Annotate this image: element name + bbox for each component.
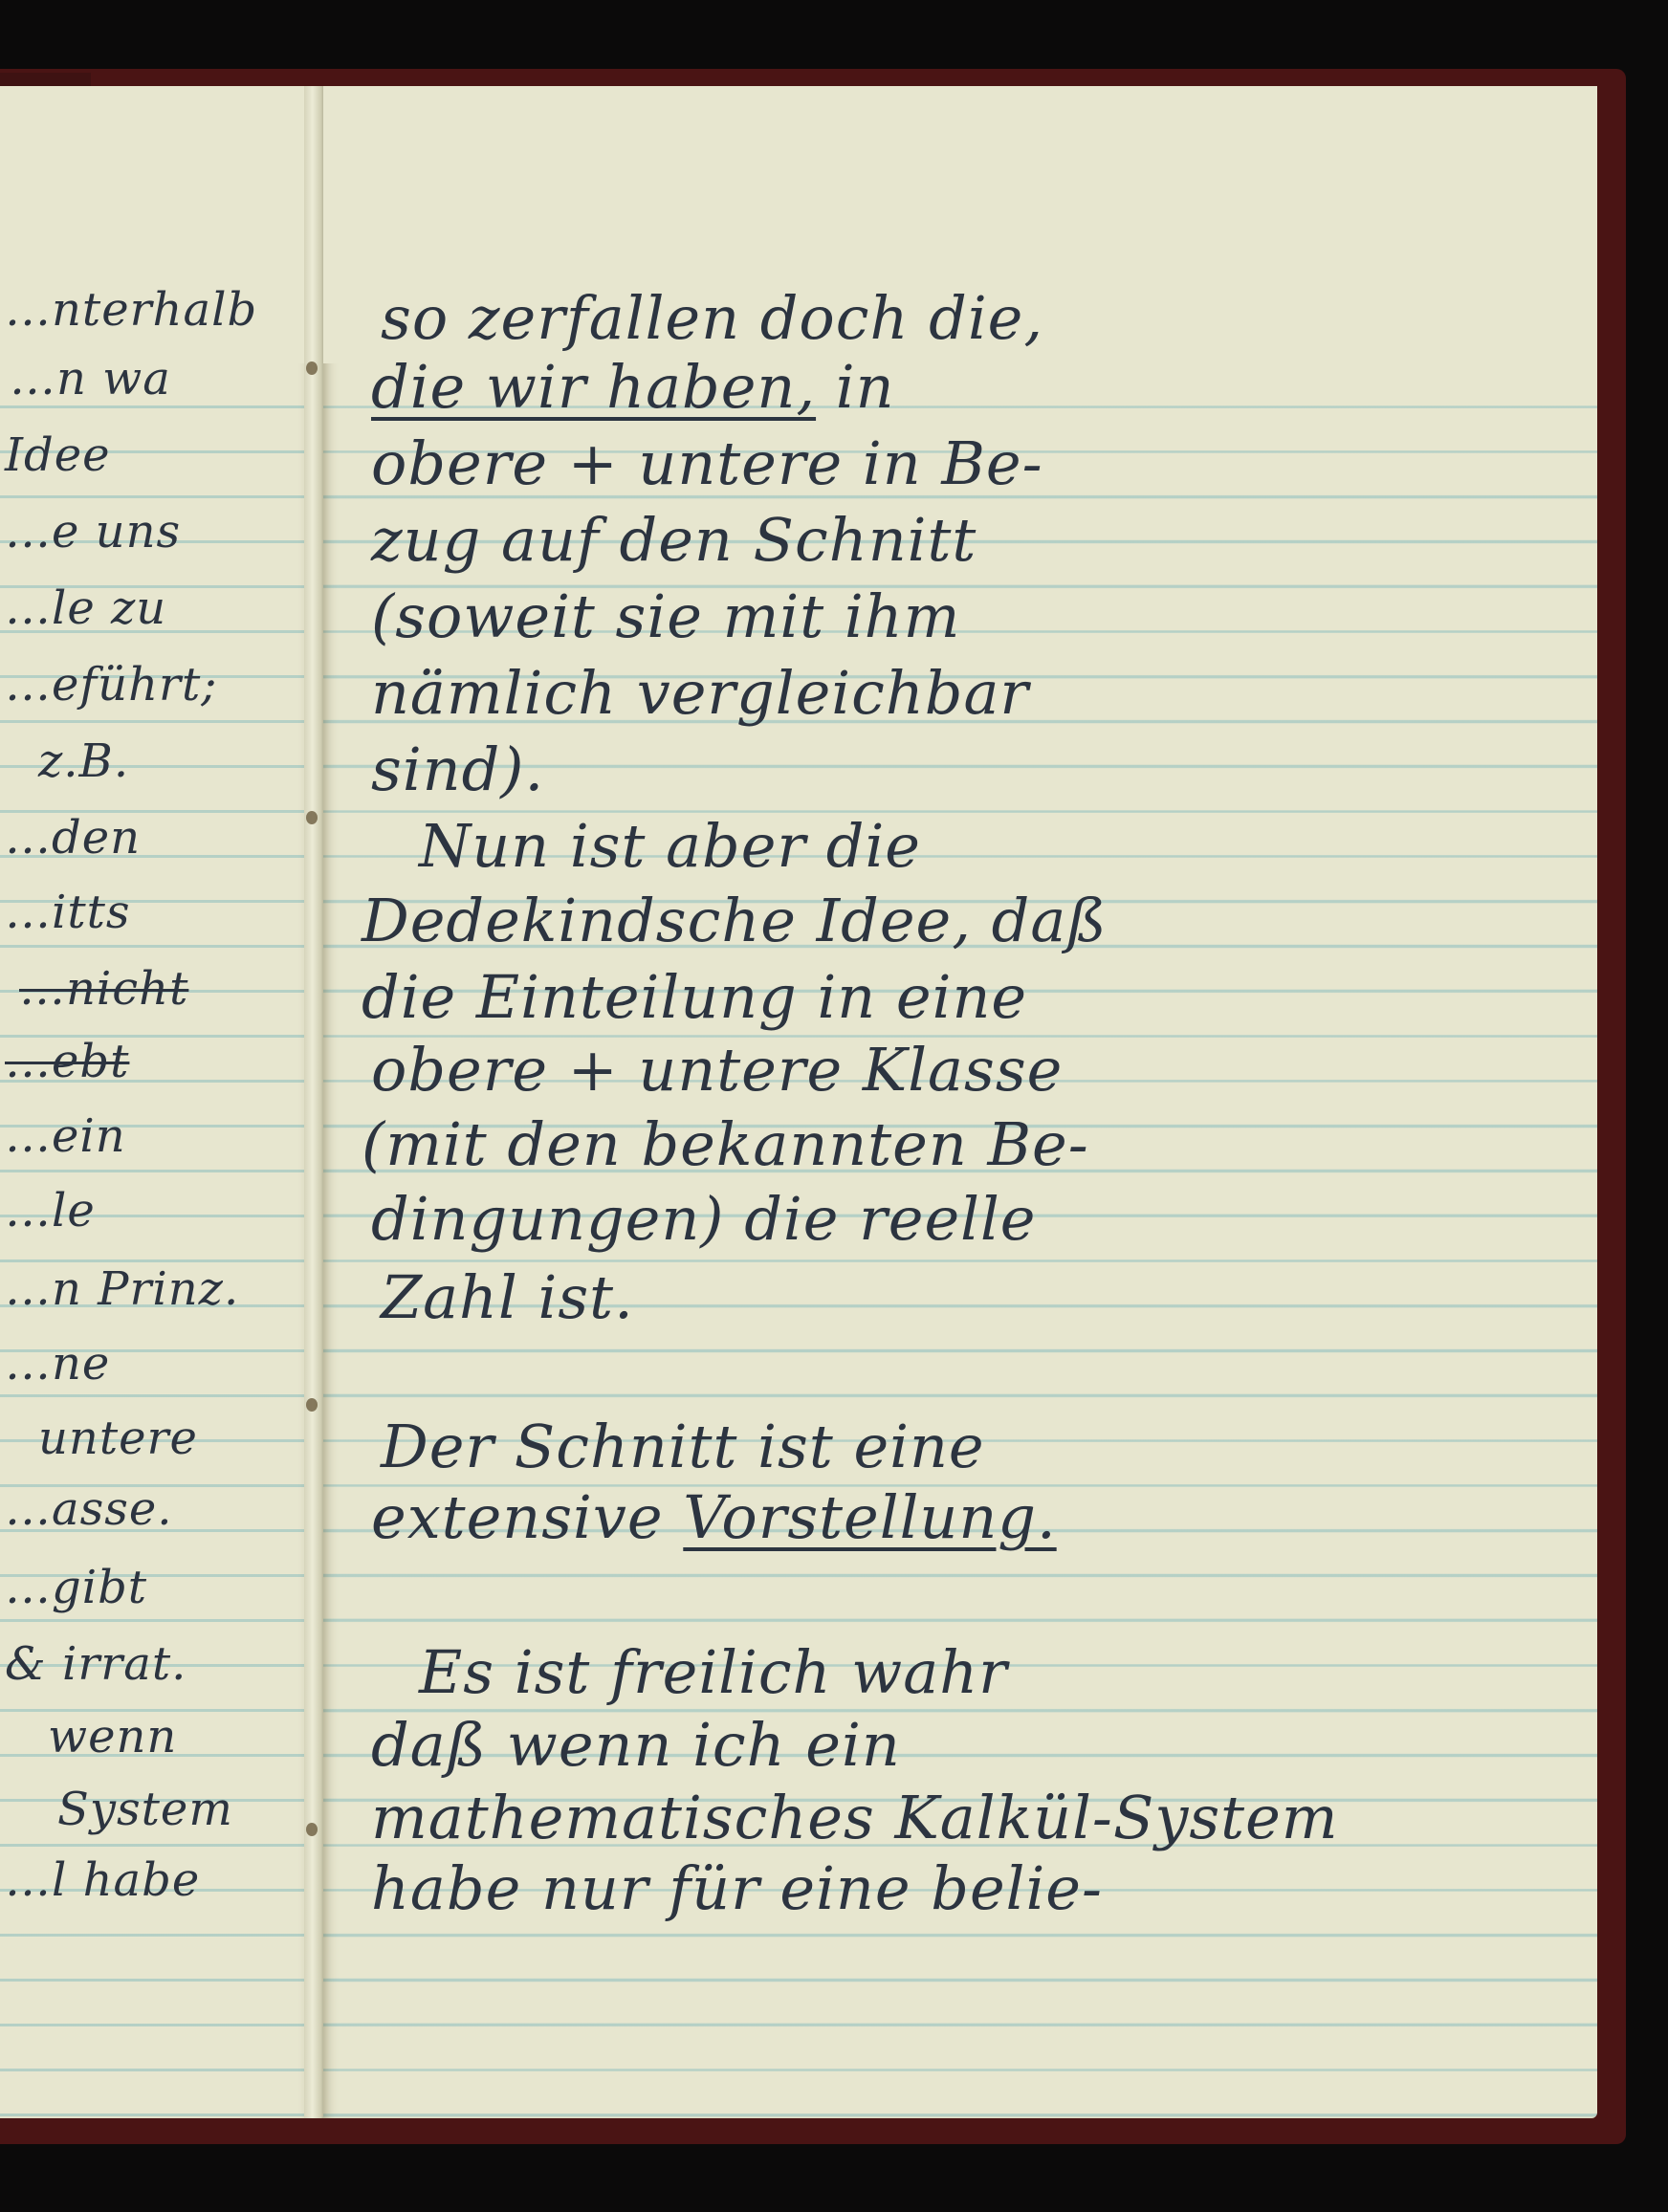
handwritten-line: …eführt;: [5, 658, 217, 712]
right-page-text: so zerfallen doch die,die wir haben, ino…: [323, 86, 1597, 2118]
binding-stitch: [306, 1398, 318, 1412]
left-page-text: …nterhalb…n waIdee…e uns…le zu…eführt;z.…: [0, 86, 311, 2118]
handwritten-line: …itts: [5, 886, 131, 939]
handwritten-line: extensive Vorstellung.: [371, 1482, 1057, 1552]
handwritten-line: nämlich vergleichbar: [371, 658, 1029, 728]
handwritten-line: Nun ist aber die: [419, 811, 921, 881]
handwritten-line: …ebt: [5, 1035, 129, 1088]
handwritten-line: die wir haben, in: [371, 352, 895, 422]
handwritten-line: …le: [5, 1184, 96, 1237]
handwritten-line: …asse.: [5, 1482, 173, 1536]
left-page: …nterhalb…n waIdee…e uns…le zu…eführt;z.…: [0, 86, 312, 2118]
handwritten-line: dingungen) die reelle: [371, 1184, 1037, 1254]
right-page: so zerfallen doch die,die wir haben, ino…: [323, 86, 1597, 2118]
handwritten-line: …e uns: [5, 505, 181, 558]
handwritten-line: mathematisches Kalkül-System: [371, 1783, 1339, 1852]
handwritten-line: …nterhalb: [5, 283, 257, 337]
handwritten-line: z.B.: [38, 734, 129, 788]
handwritten-line: Der Schnitt ist eine: [381, 1412, 985, 1481]
handwritten-line: System: [57, 1783, 233, 1836]
handwritten-line: …l habe: [5, 1853, 200, 1907]
spine-gutter: [304, 86, 325, 2118]
handwritten-line: Idee: [5, 428, 111, 482]
handwritten-line: …n Prinz.: [5, 1262, 239, 1316]
handwritten-line: …nicht: [19, 962, 188, 1016]
handwritten-line: Dedekindsche Idee, daß: [362, 886, 1108, 955]
binding-stitch: [306, 811, 318, 824]
handwritten-line: …gibt: [5, 1561, 147, 1614]
handwritten-line: habe nur für eine belie-: [371, 1853, 1103, 1923]
handwritten-line: zug auf den Schnitt: [371, 505, 977, 575]
handwritten-line: so zerfallen doch die,: [381, 283, 1043, 353]
handwritten-line: …le zu: [5, 581, 166, 635]
handwritten-line: untere: [38, 1412, 198, 1465]
handwritten-line: …ne: [5, 1337, 110, 1391]
handwritten-line: Es ist freilich wahr: [419, 1637, 1008, 1707]
handwritten-line: …ein: [5, 1109, 126, 1163]
handwritten-line: Zahl ist.: [381, 1262, 634, 1332]
binding-stitch: [306, 361, 318, 375]
handwritten-line: wenn: [48, 1710, 177, 1763]
handwritten-line: obere + untere in Be-: [371, 428, 1043, 498]
handwritten-line: (mit den bekannten Be-: [362, 1109, 1089, 1179]
handwritten-line: & irrat.: [5, 1637, 187, 1691]
handwritten-line: (soweit sie mit ihm: [371, 581, 960, 651]
handwritten-line: die Einteilung in eine: [362, 962, 1027, 1032]
handwritten-line: …den: [5, 811, 141, 865]
handwritten-line: …n wa: [10, 352, 171, 405]
handwritten-line: sind).: [371, 734, 544, 804]
handwritten-line: daß wenn ich ein: [371, 1710, 901, 1780]
cover-edge-left: [0, 73, 91, 86]
binding-stitch: [306, 1823, 318, 1836]
handwritten-line: obere + untere Klasse: [371, 1035, 1063, 1105]
